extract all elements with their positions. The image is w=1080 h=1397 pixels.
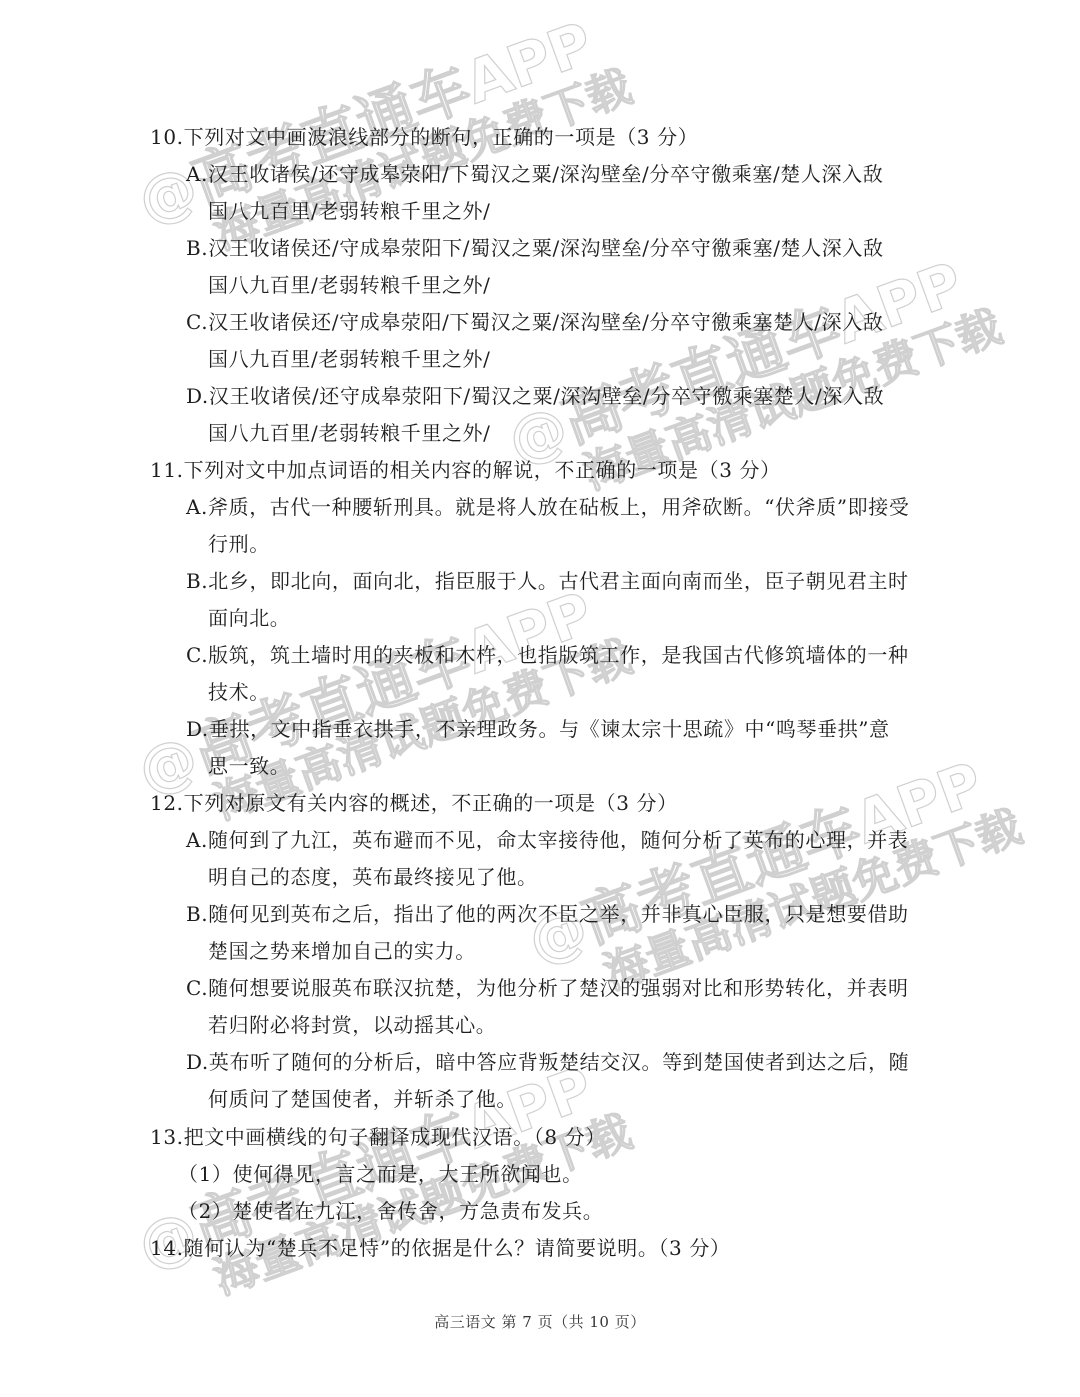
question-11-option-a: A.斧质，古代一种腰斩刑具。就是将人放在砧板上，用斧砍断。“伏斧质”即接受 [186,494,909,520]
question-12-stem: 12.下列对原文有关内容的概述，不正确的一项是（3 分） [150,790,678,816]
question-10-option-a-cont: 国八九百里/老弱转粮千里之外/ [208,198,490,224]
question-10-option-b: B.汉王收诸侯还/守成皋荥阳下/蜀汉之粟/深沟壁垒/分卒守徼乘塞/楚人深入敌 [186,235,884,261]
question-12-option-d-cont: 何质问了楚国使者，并斩杀了他。 [208,1086,517,1112]
question-13-sentence-1: （1）使何得见，言之而是，大王所欲闻也。 [178,1161,583,1187]
question-11-option-b: B.北乡，即北向，面向北，指臣服于人。古代君主面向南而坐，臣子朝见君主时 [186,568,909,594]
question-10-option-c: C.汉王收诸侯还/守成皋荥阳/下蜀汉之粟/深沟壁垒/分卒守徼乘塞楚人/深入敌 [186,309,883,335]
question-12-option-c: C.随何想要说服英布联汉抗楚，为他分析了楚汉的强弱对比和形势转化，并表明 [186,975,909,1001]
question-10-option-d: D.汉王收诸侯/还守成皋荥阳下/蜀汉之粟/深沟壁垒/分卒守徼乘塞楚人/深入敌 [186,383,884,409]
question-11-option-c-cont: 技术。 [208,679,270,705]
question-12-option-c-cont: 若归附必将封赏，以动摇其心。 [208,1012,496,1038]
question-10-option-d-cont: 国八九百里/老弱转粮千里之外/ [208,420,490,446]
question-11-option-c: C.版筑，筑土墙时用的夹板和木杵，也指版筑工作，是我国古代修筑墙体的一种 [186,642,909,668]
question-11-option-d-cont: 思一致。 [208,753,290,779]
question-12-option-b-cont: 楚国之势来增加自己的实力。 [208,938,476,964]
question-12-option-a-cont: 明自己的态度，英布最终接见了他。 [208,864,538,890]
question-11-option-a-cont: 行刑。 [208,531,270,557]
question-12-option-a: A.随何到了九江，英布避而不见，命太宰接待他，随何分析了英布的心理，并表 [186,827,908,853]
question-11-stem: 11.下列对文中加点词语的相关内容的解说，不正确的一项是（3 分） [150,457,781,483]
question-11-option-b-cont: 面向北。 [208,605,290,631]
question-10-stem: 10.下列对文中画波浪线部分的断句，正确的一项是（3 分） [150,124,698,150]
question-10-option-b-cont: 国八九百里/老弱转粮千里之外/ [208,272,490,298]
question-11-option-d: D.垂拱，文中指垂衣拱手，不亲理政务。与《谏太宗十思疏》中“鸣琴垂拱”意 [186,716,890,742]
question-10-option-a: A.汉王收诸侯/还守成皋荥阳/下蜀汉之粟/深沟壁垒/分卒守徼乘塞/楚人深入敌 [186,161,883,187]
page-footer: 高三语文 第 7 页（共 10 页） [0,1311,1080,1332]
question-12-option-b: B.随何见到英布之后，指出了他的两次不臣之举，并非真心臣服，只是想要借助 [186,901,909,927]
question-14-stem: 14.随何认为“楚兵不足恃”的依据是什么？请简要说明。（3 分） [150,1235,731,1261]
question-12-option-d: D.英布听了随何的分析后，暗中答应背叛楚结交汉。等到楚国使者到达之后，随 [186,1049,909,1075]
question-13-sentence-2: （2）楚使者在九江，舍传舍，方急责布发兵。 [178,1198,603,1224]
question-13-stem: 13.把文中画横线的句子翻译成现代汉语。（8 分） [150,1124,606,1150]
exam-page: @高考直通车APP海量高清试题免费下载 @高考直通车APP海量高清试题免费下载 … [0,0,1080,1397]
question-10-option-c-cont: 国八九百里/老弱转粮千里之外/ [208,346,490,372]
